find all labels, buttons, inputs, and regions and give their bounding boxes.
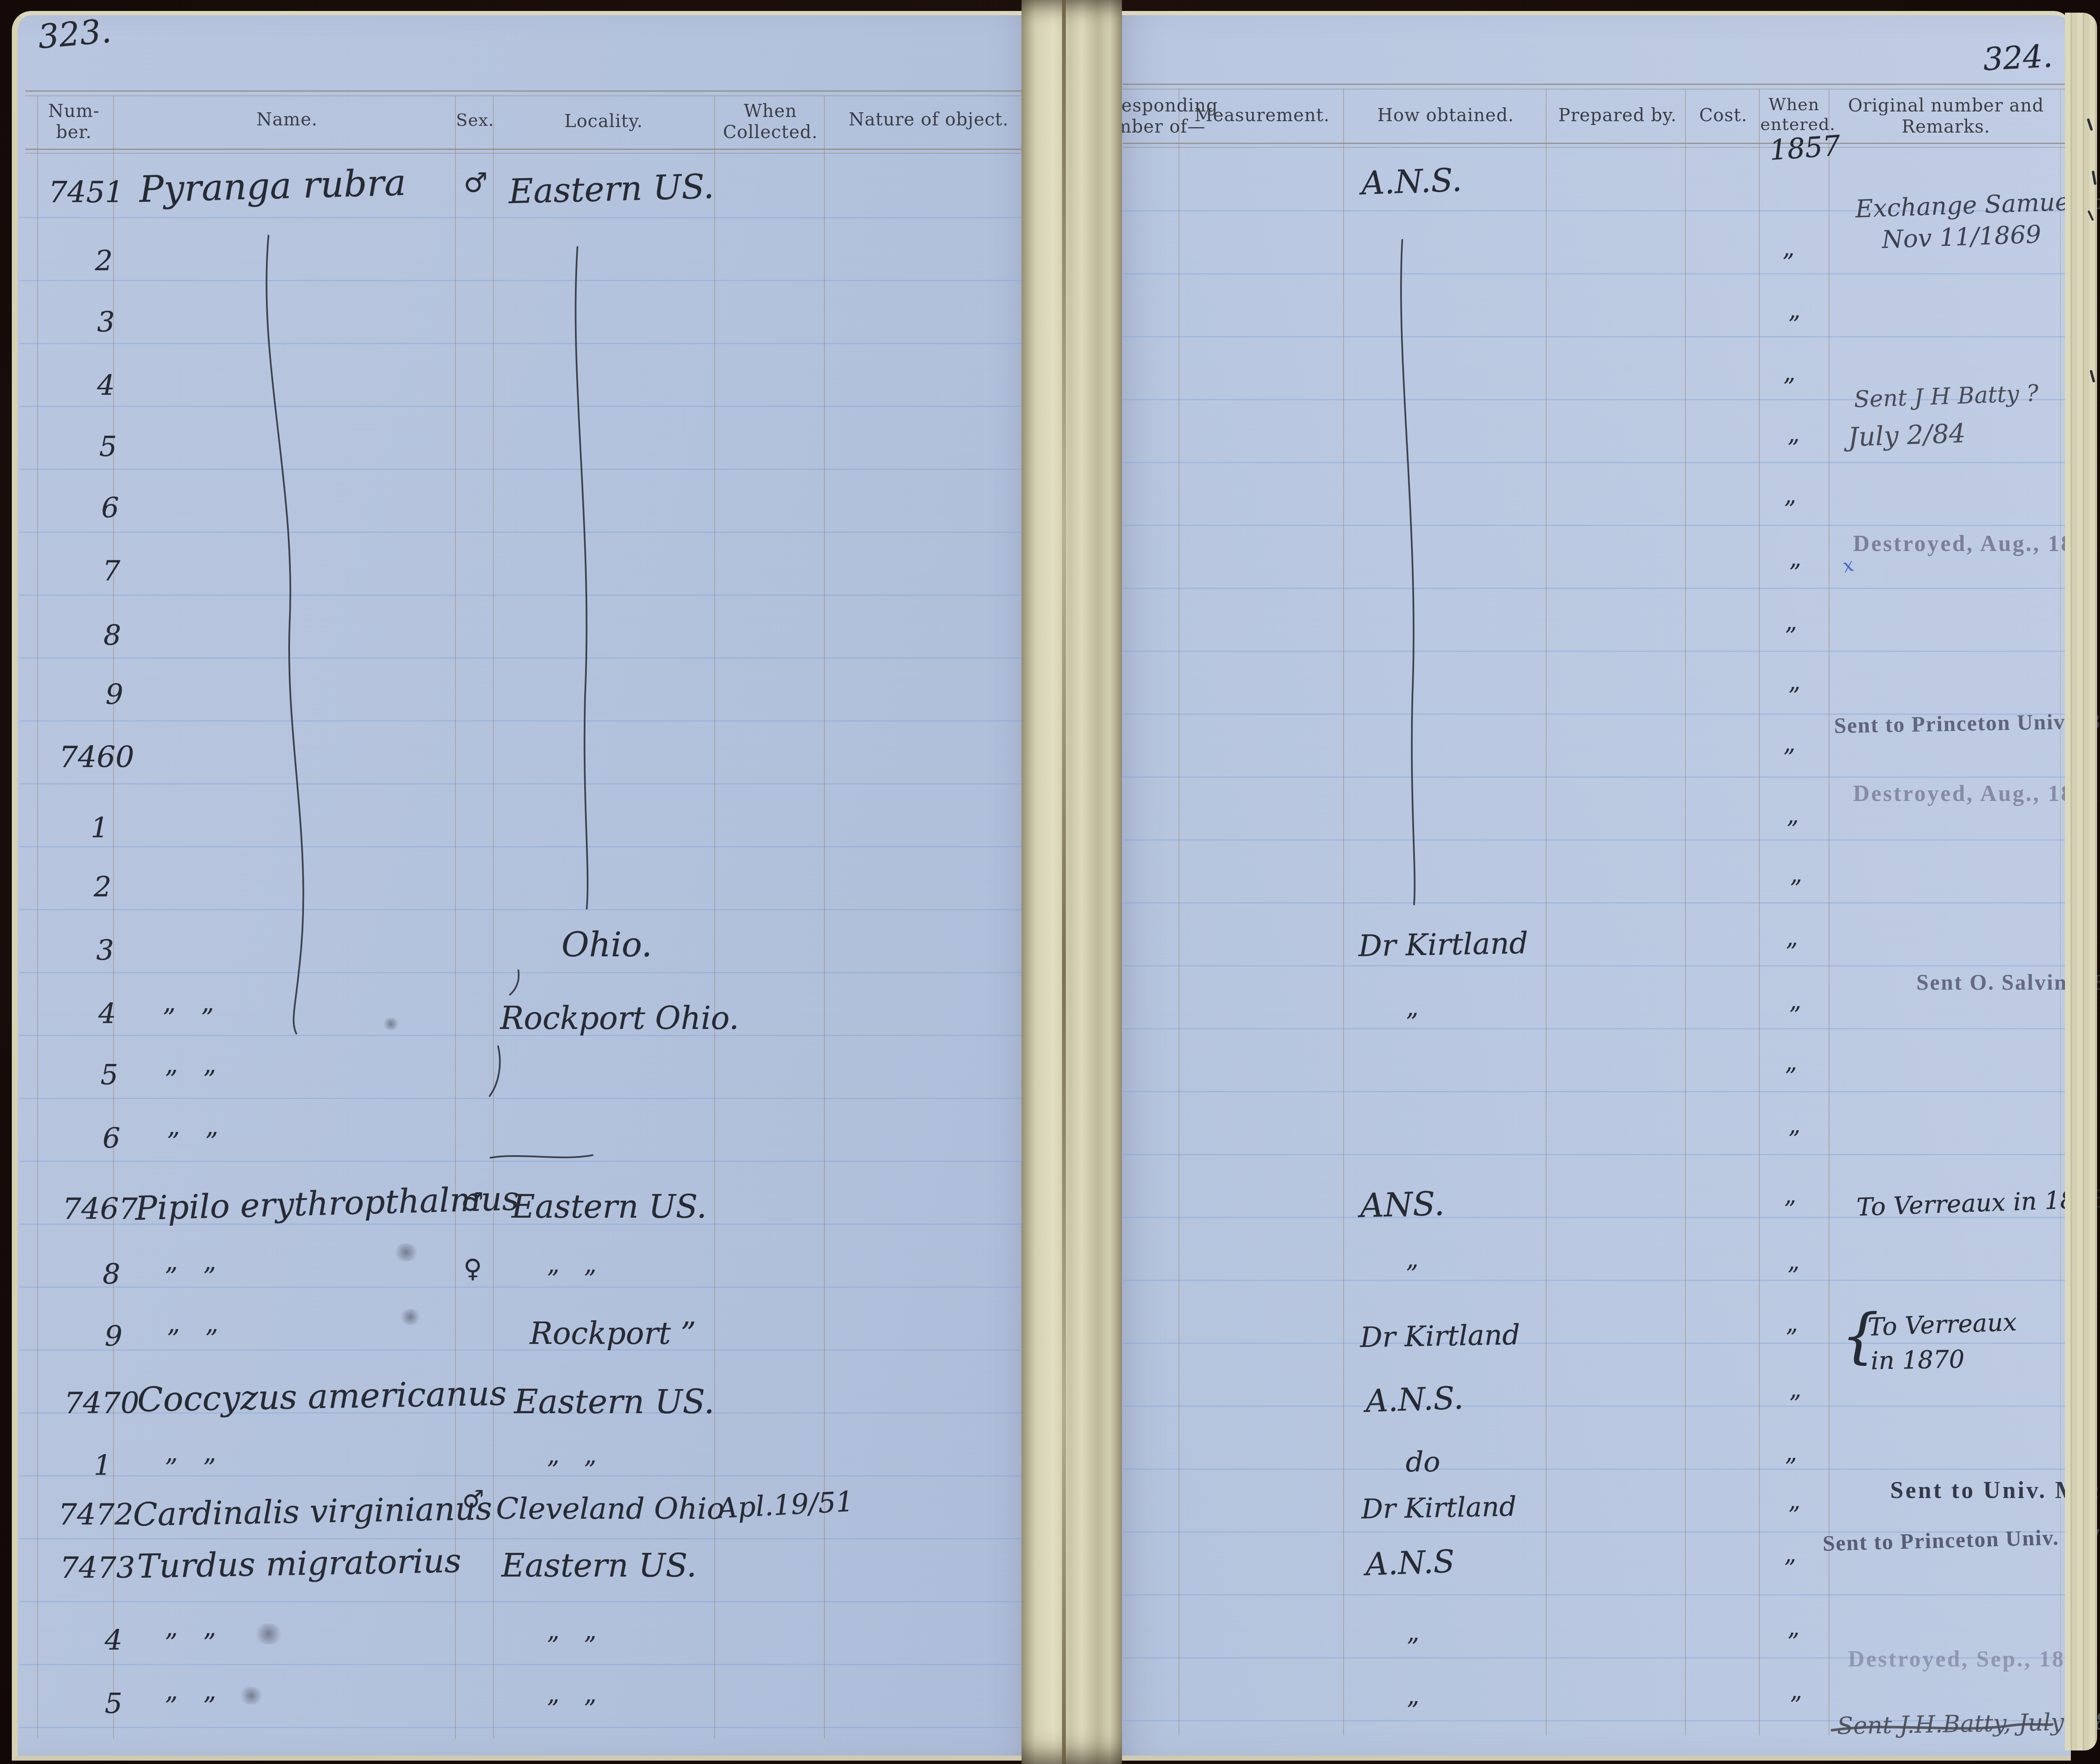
fore-edge	[2065, 13, 2097, 1750]
ledger-spread: 323. 324. Num-ber. Name. Sex. Locality. …	[0, 0, 2100, 1764]
book-spine	[1022, 0, 1122, 1764]
